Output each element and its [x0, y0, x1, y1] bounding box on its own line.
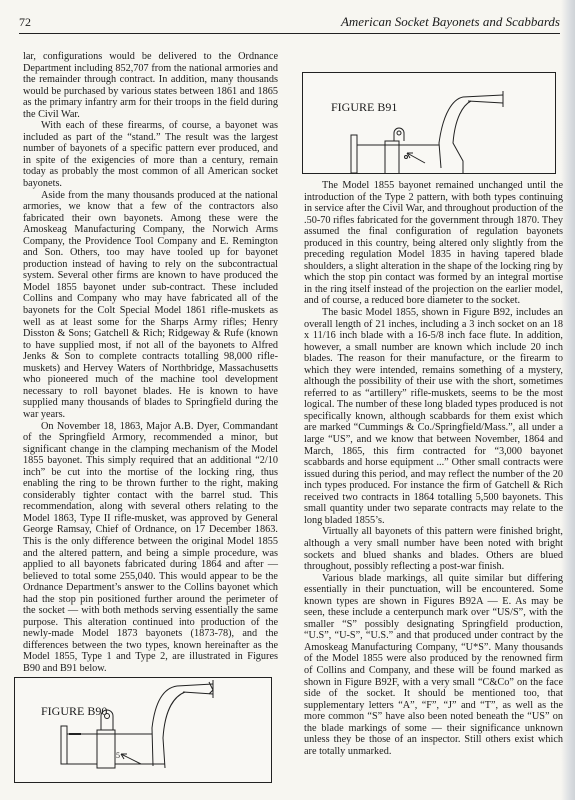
paragraph: On November 18, 1863, Major A.B. Dyer, C…	[23, 421, 278, 675]
paragraph: Various blade markings, all quite simila…	[304, 573, 563, 758]
running-title: American Socket Bayonets and Scabbards	[341, 14, 560, 30]
bayonet-socket-drawing-icon	[303, 73, 555, 173]
right-column: The Model 1855 bayonet remained unchange…	[304, 180, 563, 757]
paragraph: lar, configurations would be delivered t…	[23, 51, 278, 120]
page-edge-shadow	[561, 0, 575, 800]
paragraph: The basic Model 1855, shown in Figure B9…	[304, 307, 563, 526]
figure-b90: FIGURE B90 5	[14, 677, 272, 783]
paragraph: Aside from the many thousands produced a…	[23, 190, 278, 421]
paragraph: With each of these firearms, of course, …	[23, 120, 278, 189]
bayonet-socket-drawing-icon: 5	[15, 678, 271, 782]
figure-b91: FIGURE B91	[302, 72, 556, 174]
paragraph: The Model 1855 bayonet remained unchange…	[304, 180, 563, 307]
left-column: lar, configurations would be delivered t…	[23, 51, 278, 675]
paragraph: Virtually all bayonets of this pattern w…	[304, 526, 563, 572]
page-number: 72	[19, 15, 31, 30]
svg-text:5: 5	[116, 751, 120, 760]
page-header: 72 American Socket Bayonets and Scabbard…	[19, 13, 560, 34]
